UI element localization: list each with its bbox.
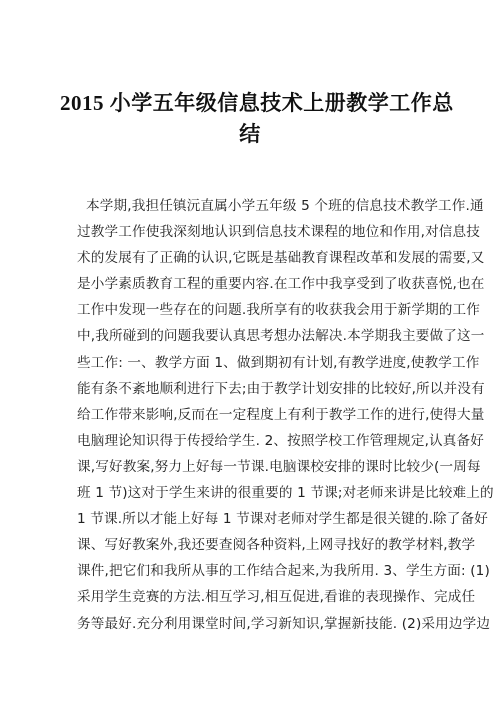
paragraph-line: 班 1 节)这对于学生来讲的很重要的 1 节课;对老师来讲是比较难上的 xyxy=(77,480,427,506)
paragraph-line: 过教学工作使我深刻地认识到信息技术课程的地位和作用,对信息技 xyxy=(77,219,427,245)
paragraph-line: 采用学生竞赛的方法.相互学习,相互促进,看谁的表现操作、完成任 xyxy=(77,584,427,610)
document-page: 2015 小学五年级信息技术上册教学工作总 结 本学期,我担任镇沅直属小学五年级… xyxy=(0,0,500,707)
paragraph-line: 给工作带来影响,反而在一定程度上有利于教学工作的进行,使得大量 xyxy=(77,402,427,428)
paragraph-line: 本学期,我担任镇沅直属小学五年级 5 个班的信息技术教学工作.通 xyxy=(77,193,427,219)
document-title: 2015 小学五年级信息技术上册教学工作总 结 xyxy=(60,88,440,150)
paragraph-line: 中,我所碰到的问题我要认真思考想办法解决.本学期我主要做了这一 xyxy=(77,323,427,349)
paragraph-line: 课、写好教案外,我还要查阅各种资料,上网寻找好的教学材料,教学 xyxy=(77,532,427,558)
paragraph-line: 术的发展有了正确的认识,它既是基础教育课程改革和发展的需要,又 xyxy=(77,245,427,271)
paragraph-line: 工作中发现一些存在的问题.我所享有的收获我会用于新学期的工作 xyxy=(77,297,427,323)
paragraph-line: 务等最好.充分利用课堂时间,学习新知识,掌握新技能. (2)采用边学边 xyxy=(77,611,427,637)
paragraph-line: 是小学素质教育工程的重要内容.在工作中我享受到了收获喜悦,也在 xyxy=(77,271,427,297)
paragraph-line: 能有条不紊地顺利进行下去;由于教学计划安排的比较好,所以并没有 xyxy=(77,376,427,402)
paragraph-line: 电脑理论知识得于传授给学生. 2、按照学校工作管理规定,认真备好 xyxy=(77,428,427,454)
paragraph-line: 课件,把它们和我所从事的工作结合起来,为我所用. 3、学生方面: (1) xyxy=(77,558,427,584)
title-line: 结 xyxy=(60,119,440,150)
title-line: 2015 小学五年级信息技术上册教学工作总 xyxy=(60,88,440,119)
document-body: 本学期,我担任镇沅直属小学五年级 5 个班的信息技术教学工作.通 过教学工作使我… xyxy=(77,193,427,637)
paragraph-line: 些工作: 一、教学方面 1、做到期初有计划,有教学进度,使教学工作 xyxy=(77,350,427,376)
paragraph-line: 课,写好教案,努力上好每一节课.电脑课校安排的课时比较少(一周每 xyxy=(77,454,427,480)
paragraph-line: 1 节课.所以才能上好每 1 节课对老师对学生都是很关键的.除了备好 xyxy=(77,506,427,532)
